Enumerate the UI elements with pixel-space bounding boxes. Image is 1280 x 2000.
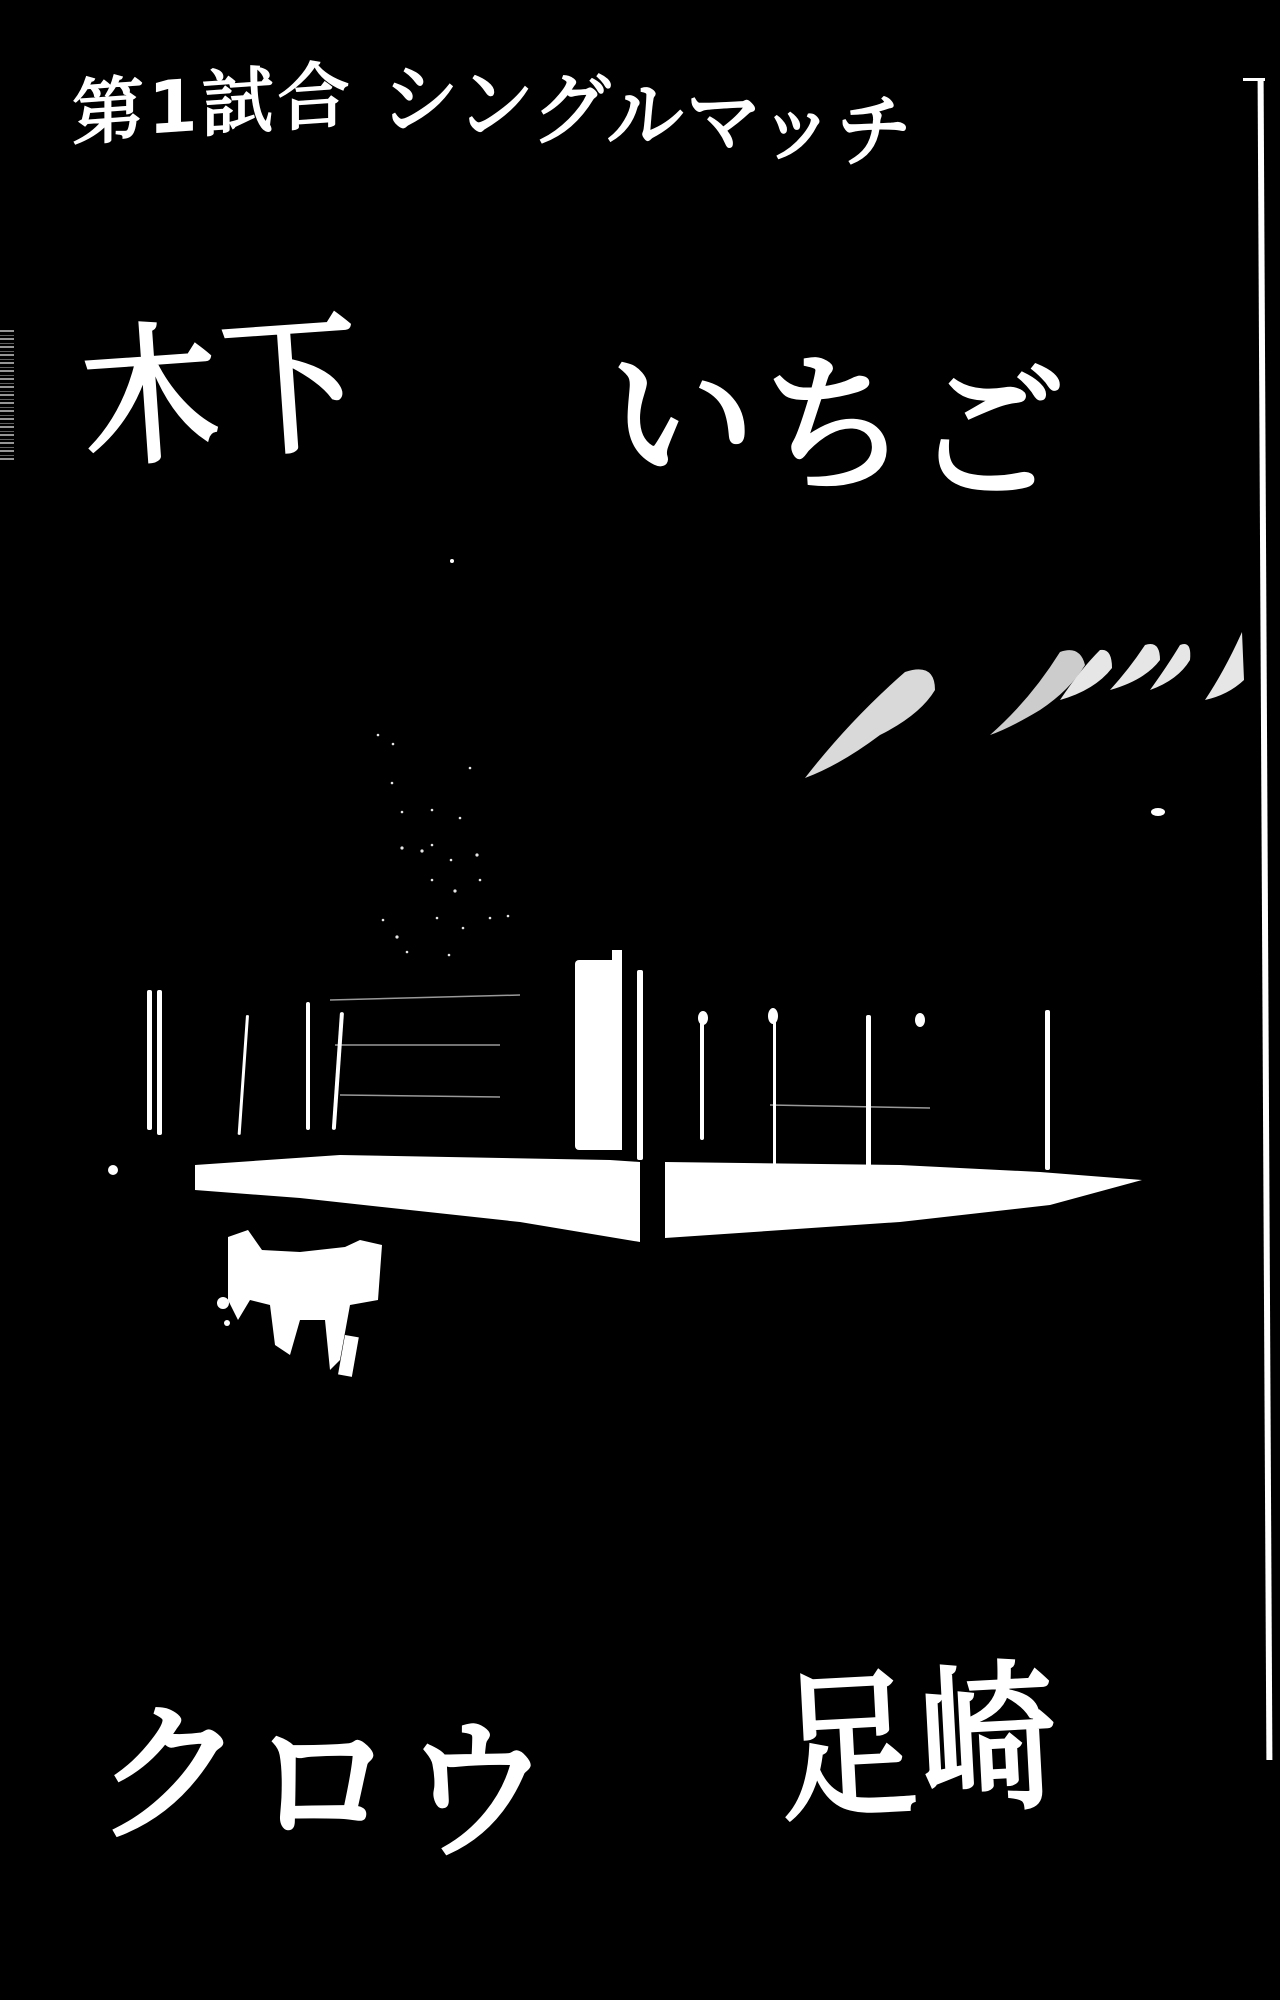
wrestler-name-bottom-left: クロウ [92,1695,558,1874]
wrestler-name-top-left: 木下 [78,308,369,477]
wrestler-name-bottom-right: 足崎 [775,1657,1065,1832]
program-page: 第1試合 シングルマッチ 木下 いちご クロウ 足崎 [0,0,1280,2000]
scan-noise [0,330,14,460]
wrestler-name-top-right: いちご [602,340,1071,514]
ring-mat [195,1155,1142,1242]
ring-ropes [330,995,930,1108]
crowd-speckles [377,734,510,957]
match-number: 第1試合 [72,58,353,150]
stage-lights [450,559,1244,816]
ring-posts [147,950,1050,1175]
speck [108,1165,118,1175]
ring-banner [217,1230,382,1377]
